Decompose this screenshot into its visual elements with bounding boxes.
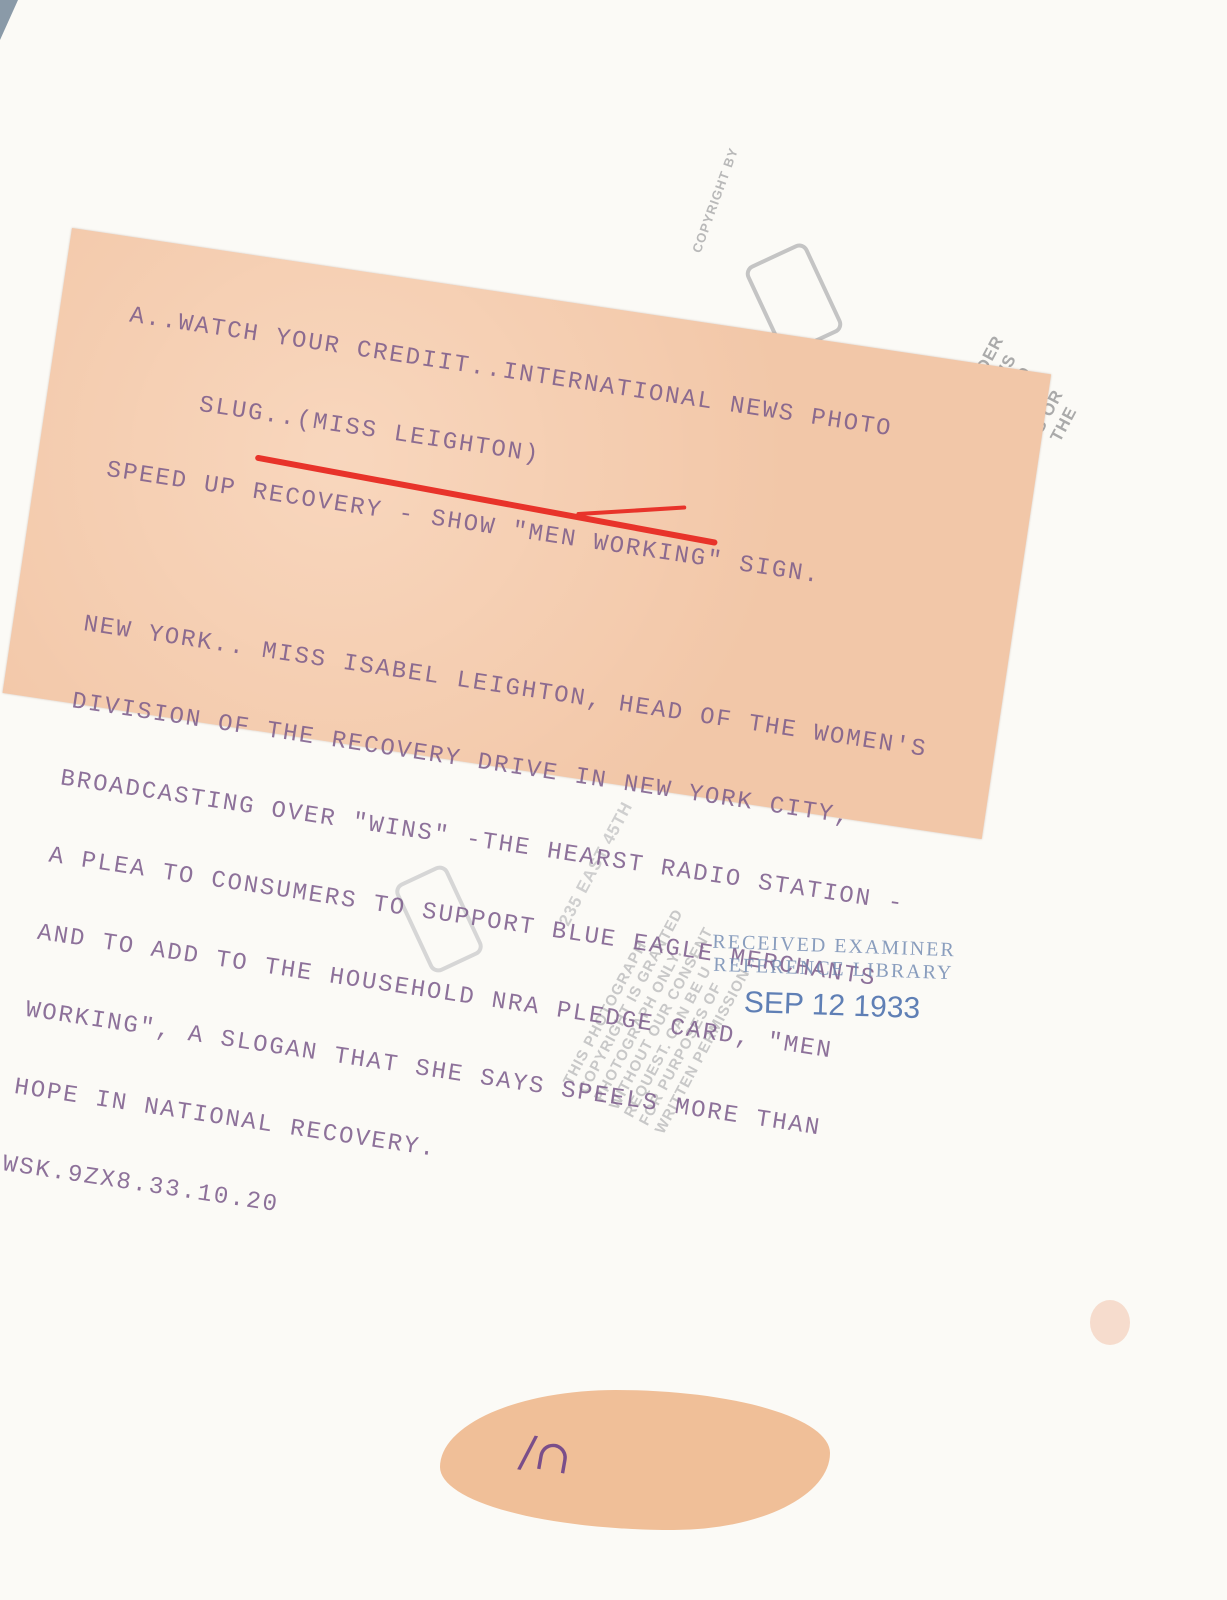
- caption-label: A..WATCH YOUR CREDIIT..INTERNATIONAL NEW…: [3, 228, 1052, 839]
- caption-line: NEW YORK.. MISS ISABEL LEIGHTON, HEAD OF…: [82, 612, 929, 764]
- caption-text: A..WATCH YOUR CREDIIT..INTERNATIONAL NEW…: [0, 252, 983, 1355]
- caption-line: A..WATCH YOUR CREDIIT..INTERNATIONAL NEW…: [128, 304, 975, 456]
- caption-line: BROADCASTING OVER "WINS" -THE HEARST RAD…: [58, 766, 905, 918]
- copyright-stamp: COPYRIGHT BY: [690, 146, 742, 255]
- caption-line: WSK.9ZX8.33.10.20: [1, 1152, 848, 1304]
- caption-line: SPEED UP RECOVERY - SHOW "MEN WORKING" S…: [105, 458, 952, 610]
- scan-edge: [0, 0, 18, 40]
- library-received-stamp: RECEIVED EXAMINER REFERENCE LIBRARY SEP …: [667, 929, 1000, 1028]
- handwritten-mark: ∕∩: [516, 1426, 576, 1485]
- caption-line: HOPE IN NATIONAL RECOVERY.: [12, 1075, 859, 1227]
- caption-line: DIVISION OF THE RECOVERY DRIVE IN NEW YO…: [70, 689, 917, 841]
- paper-stain: [1090, 1300, 1130, 1345]
- caption-line: [93, 535, 940, 687]
- glue-residue-stain: ∕∩: [440, 1390, 830, 1530]
- caption-line: WORKING", A SLOGAN THAT SHE SAYS SPEELS …: [24, 998, 871, 1150]
